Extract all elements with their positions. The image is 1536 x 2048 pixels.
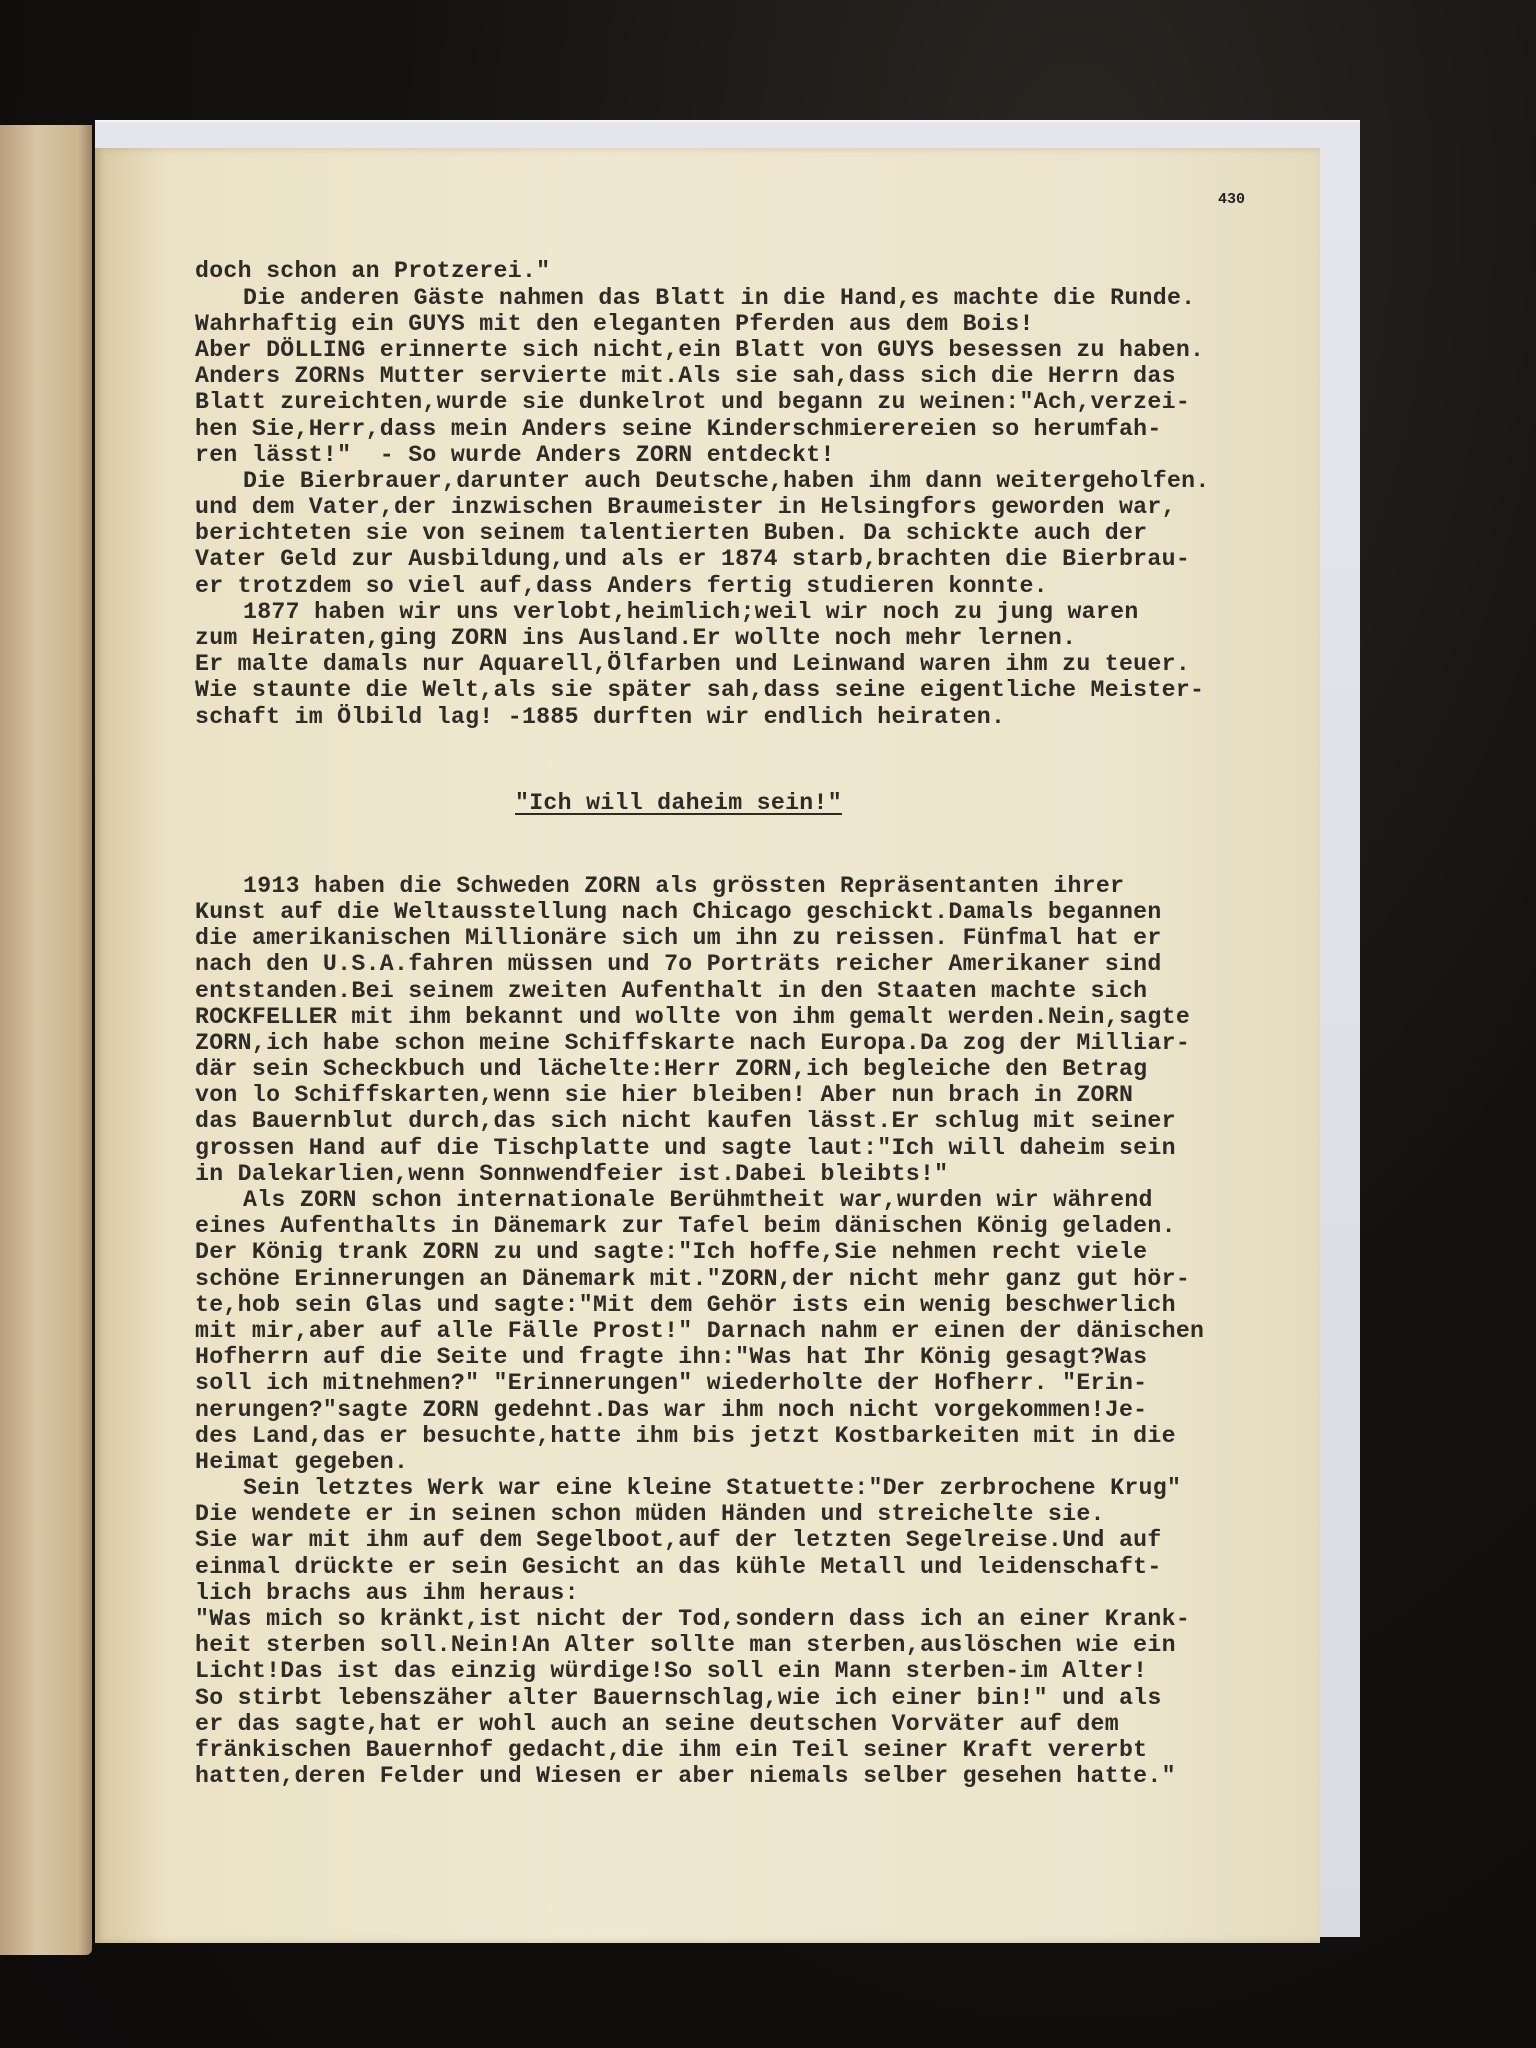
text-line: Der König trank ZORN zu und sagte:"Ich h… bbox=[195, 1239, 1315, 1265]
text-line: Wahrhaftig ein GUYS mit den eleganten Pf… bbox=[195, 311, 1315, 337]
text-line: schöne Erinnerungen an Dänemark mit."ZOR… bbox=[195, 1266, 1315, 1292]
text-line: des Land,das er besuchte,hatte ihm bis j… bbox=[195, 1423, 1315, 1449]
text-line: Sie war mit ihm auf dem Segelboot,auf de… bbox=[195, 1527, 1315, 1553]
text-line: grossen Hand auf die Tischplatte und sag… bbox=[195, 1135, 1315, 1161]
text-line: und dem Vater,der inzwischen Braumeister… bbox=[195, 494, 1315, 520]
text-line: die amerikanischen Millionäre sich um ih… bbox=[195, 925, 1315, 951]
text-line: soll ich mitnehmen?" "Erinnerungen" wied… bbox=[195, 1370, 1315, 1396]
text-line: von lo Schiffskarten,wenn sie hier bleib… bbox=[195, 1082, 1315, 1108]
text-line: Hofherrn auf die Seite und fragte ihn:"W… bbox=[195, 1344, 1315, 1370]
text-line: eines Aufenthalts in Dänemark zur Tafel … bbox=[195, 1213, 1315, 1239]
text-line: einmal drückte er sein Gesicht an das kü… bbox=[195, 1554, 1315, 1580]
text-line: nerungen?"sagte ZORN gedehnt.Das war ihm… bbox=[195, 1397, 1315, 1423]
text-line: hatten,deren Felder und Wiesen er aber n… bbox=[195, 1763, 1315, 1789]
text-block-1: doch schon an Protzerei."Die anderen Gäs… bbox=[195, 258, 1315, 729]
text-line: Licht!Das ist das einzig würdige!So soll… bbox=[195, 1658, 1315, 1684]
text-line: "Was mich so kränkt,ist nicht der Tod,so… bbox=[195, 1606, 1315, 1632]
text-line: lich brachs aus ihm heraus: bbox=[195, 1580, 1315, 1606]
text-line: Blatt zureichten,wurde sie dunkelrot und… bbox=[195, 389, 1315, 415]
text-line: mit mir,aber auf alle Fälle Prost!" Darn… bbox=[195, 1318, 1315, 1344]
text-line: där sein Scheckbuch und lächelte:Herr ZO… bbox=[195, 1056, 1315, 1082]
text-line: Die Bierbrauer,darunter auch Deutsche,ha… bbox=[195, 468, 1315, 494]
text-line: fränkischen Bauernhof gedacht,die ihm ei… bbox=[195, 1737, 1315, 1763]
text-line: doch schon an Protzerei." bbox=[195, 258, 1315, 284]
text-line: ROCKFELLER mit ihm bekannt und wollte vo… bbox=[195, 1004, 1315, 1030]
text-line: Aber DÖLLING erinnerte sich nicht,ein Bl… bbox=[195, 337, 1315, 363]
text-line: entstanden.Bei seinem zweiten Aufenthalt… bbox=[195, 978, 1315, 1004]
text-block-2: 1913 haben die Schweden ZORN als grösste… bbox=[195, 873, 1315, 1790]
text-line: er das sagte,hat er wohl auch an seine d… bbox=[195, 1711, 1315, 1737]
text-line: te,hob sein Glas und sagte:"Mit dem Gehö… bbox=[195, 1292, 1315, 1318]
text-line: er trotzdem so viel auf,dass Anders fert… bbox=[195, 573, 1315, 599]
text-line: nach den U.S.A.fahren müssen und 7o Port… bbox=[195, 951, 1315, 977]
text-line: schaft im Ölbild lag! -1885 durften wir … bbox=[195, 704, 1315, 730]
text-line: 1877 haben wir uns verlobt,heimlich;weil… bbox=[195, 599, 1315, 625]
text-line: ZORN,ich habe schon meine Schiffskarte n… bbox=[195, 1030, 1315, 1056]
adjacent-left-page bbox=[0, 125, 92, 1955]
text-line: Als ZORN schon internationale Berühmthei… bbox=[195, 1187, 1315, 1213]
text-line: Wie staunte die Welt,als sie später sah,… bbox=[195, 677, 1315, 703]
text-line: Anders ZORNs Mutter servierte mit.Als si… bbox=[195, 363, 1315, 389]
text-line: in Dalekarlien,wenn Sonnwendfeier ist.Da… bbox=[195, 1161, 1315, 1187]
text-line: Die wendete er in seinen schon müden Hän… bbox=[195, 1501, 1315, 1527]
text-line: heit sterben soll.Nein!An Alter sollte m… bbox=[195, 1632, 1315, 1658]
text-line: Kunst auf die Weltausstellung nach Chica… bbox=[195, 899, 1315, 925]
text-line: Vater Geld zur Ausbildung,und als er 187… bbox=[195, 546, 1315, 572]
section-title: "Ich will daheim sein!" bbox=[195, 790, 1315, 816]
text-line: Er malte damals nur Aquarell,Ölfarben un… bbox=[195, 651, 1315, 677]
text-line: Heimat gegeben. bbox=[195, 1449, 1315, 1475]
text-line: das Bauernblut durch,das sich nicht kauf… bbox=[195, 1108, 1315, 1134]
typewritten-page: 430 doch schon an Protzerei."Die anderen… bbox=[95, 148, 1320, 1943]
text-line: berichteten sie von seinem talentierten … bbox=[195, 520, 1315, 546]
text-line: So stirbt lebenszäher alter Bauernschlag… bbox=[195, 1685, 1315, 1711]
text-line: hen Sie,Herr,dass mein Anders seine Kind… bbox=[195, 416, 1315, 442]
text-line: Die anderen Gäste nahmen das Blatt in di… bbox=[195, 285, 1315, 311]
text-line: ren lässt!" - So wurde Anders ZORN entde… bbox=[195, 442, 1315, 468]
text-line: zum Heiraten,ging ZORN ins Ausland.Er wo… bbox=[195, 625, 1315, 651]
text-line: 1913 haben die Schweden ZORN als grösste… bbox=[195, 873, 1315, 899]
text-line: Sein letztes Werk war eine kleine Statue… bbox=[195, 1475, 1315, 1501]
page-body: doch schon an Protzerei."Die anderen Gäs… bbox=[195, 206, 1315, 1842]
